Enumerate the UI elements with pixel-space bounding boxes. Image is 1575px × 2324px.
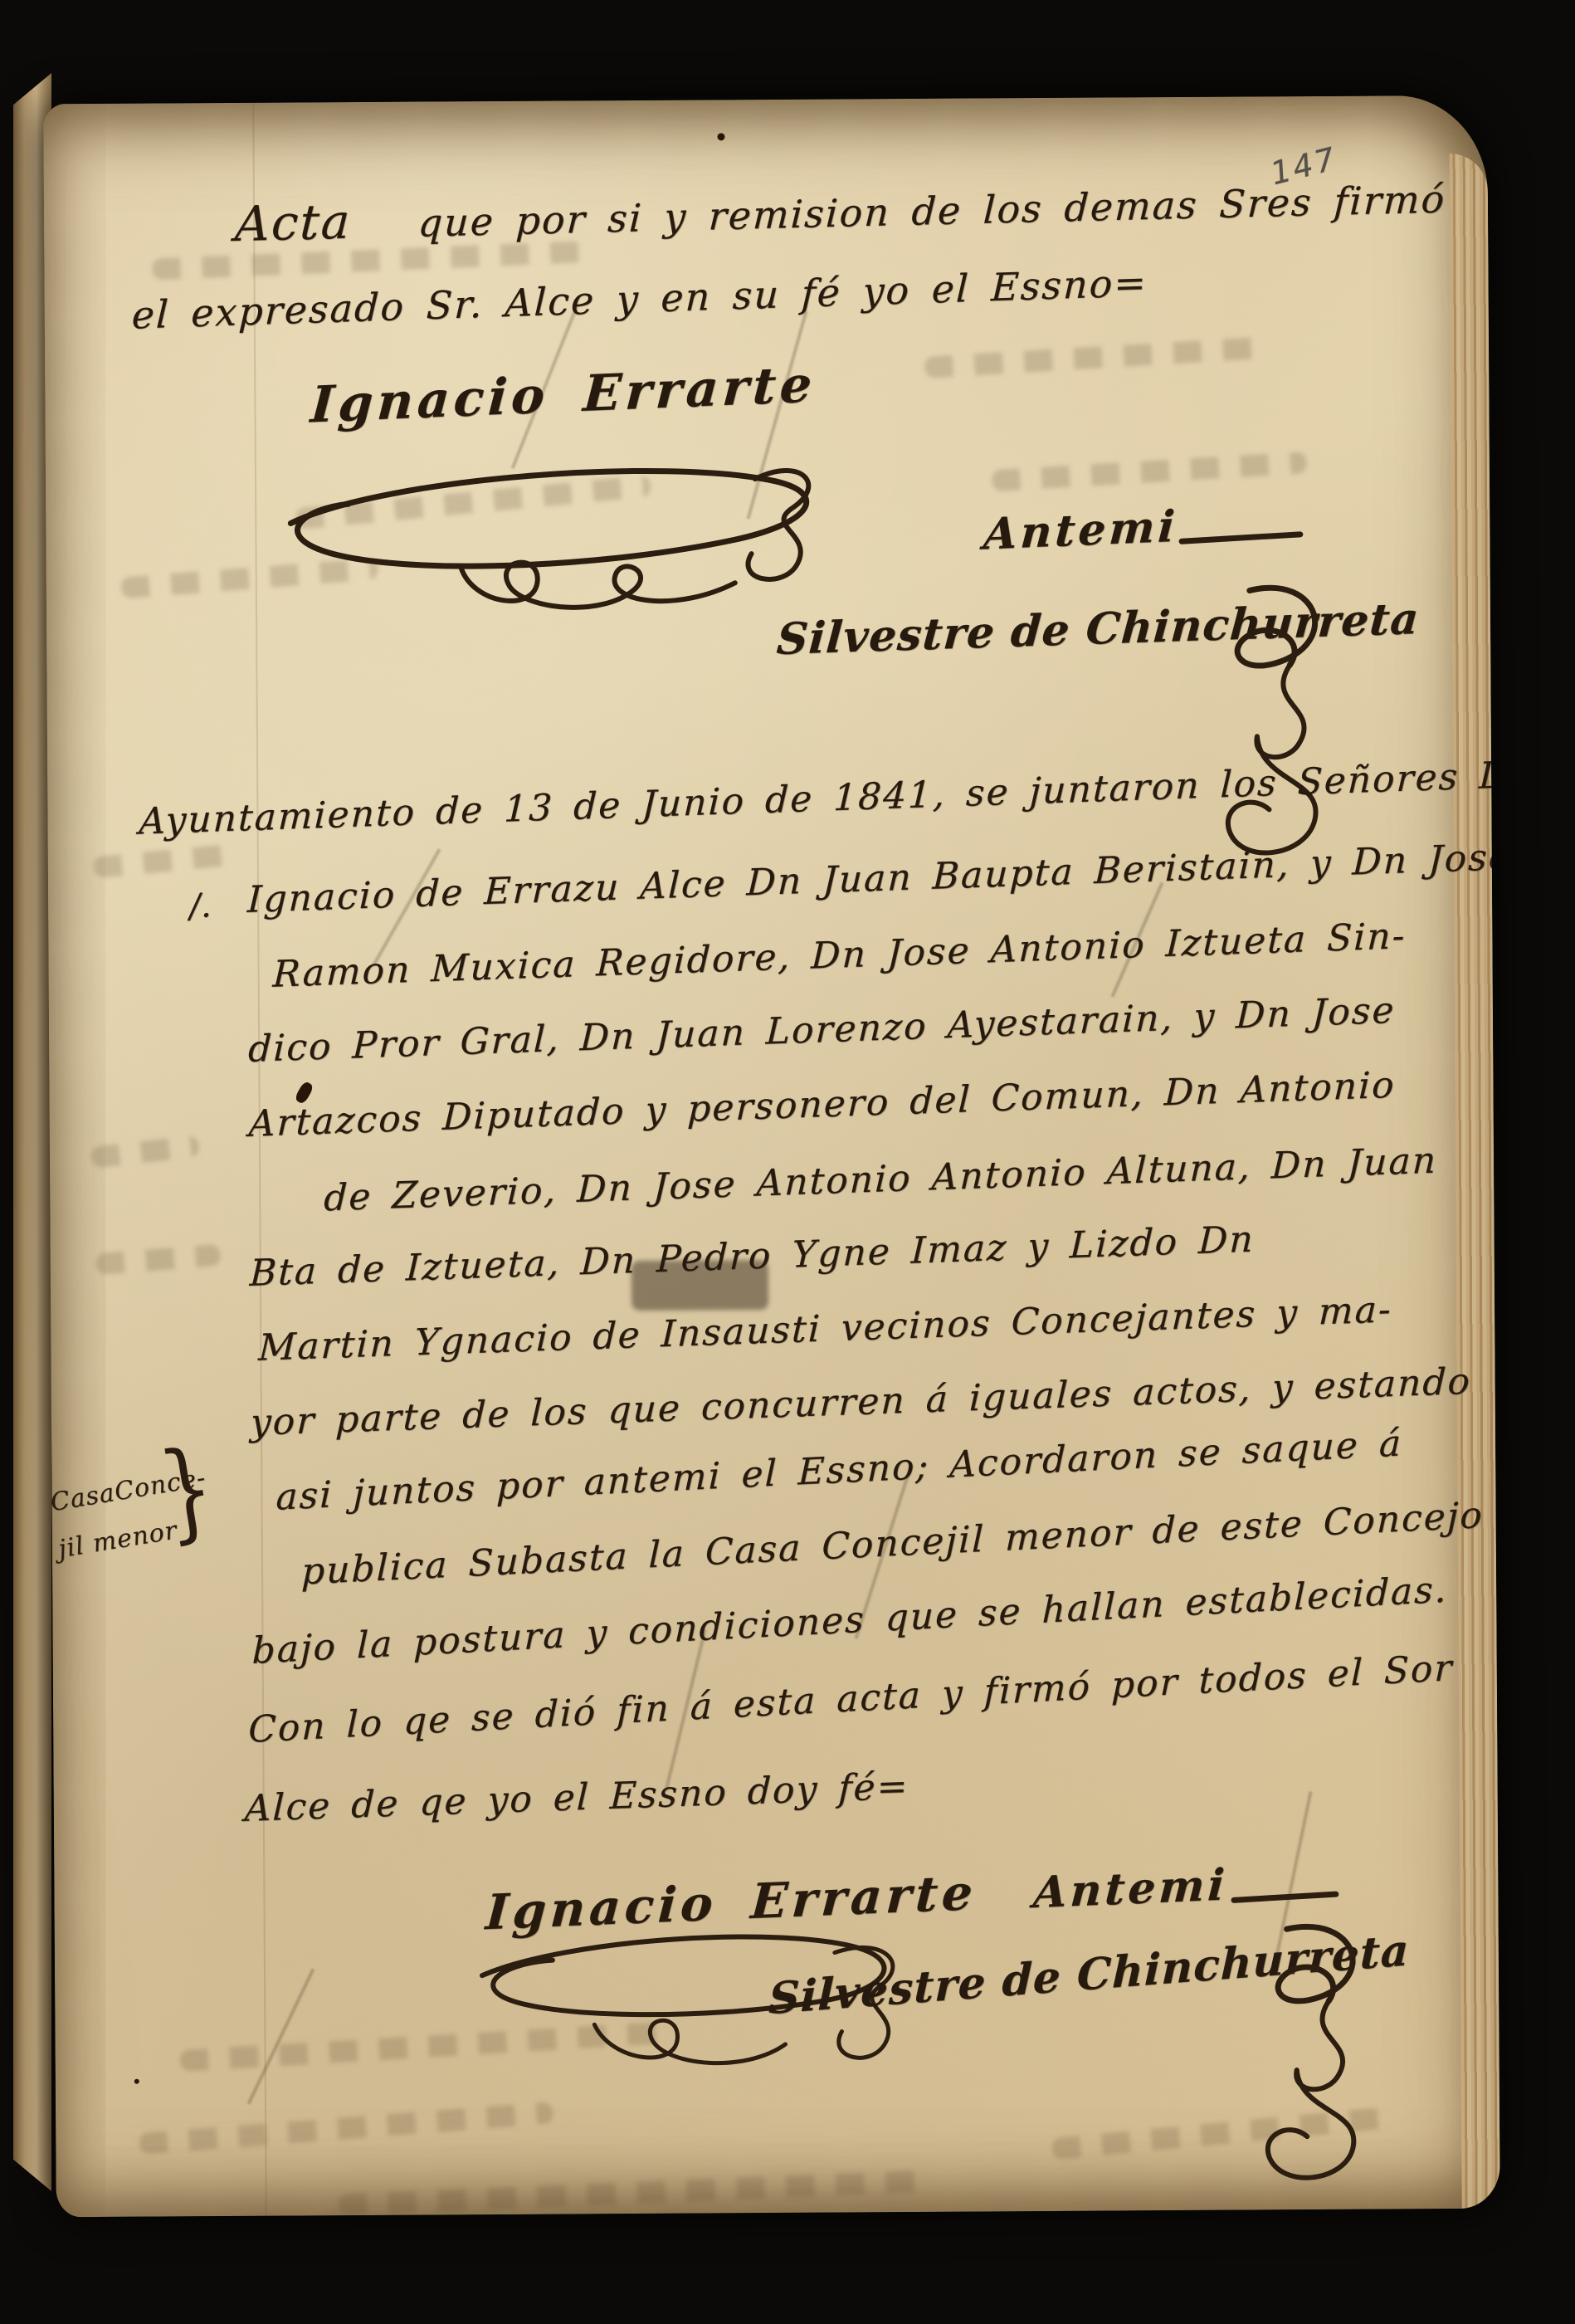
margin-note: CasaConce- jil menor } <box>47 1454 217 1573</box>
escribano-rubric-top <box>1167 574 1351 873</box>
bleed-through-smudge <box>924 336 1274 378</box>
body-line: Ramon Muxica Regidore, Dn Jose Antonio I… <box>272 915 1407 996</box>
body-line: de Zeverio, Dn Jose Antonio Antonio Altu… <box>323 1140 1438 1220</box>
body-line: Alce de qe yo el Essno doy fé= <box>244 1765 909 1830</box>
escribano-rubric-bottom <box>1208 1913 1392 2188</box>
alcalde-rubric-top <box>270 442 835 627</box>
ink-speck <box>134 2079 139 2084</box>
ante-mi-top: Antemi <box>982 501 1179 560</box>
header-line-1-text: que por si y remision de los demas Sres … <box>417 177 1447 246</box>
header-line-1: Acta que por si y remision de los demas … <box>234 167 1448 251</box>
body-line: Martin Ygnacio de Insausti vecinos Conce… <box>257 1288 1392 1369</box>
page-stack-edge <box>1450 154 1500 2209</box>
document-photo: 147 Acta que por si y remision de los de… <box>0 0 1575 2324</box>
bleed-through-smudge <box>95 1244 222 1275</box>
body-line: Ignacio de Errazu Alce Dn Juan Baupta Be… <box>246 836 1500 921</box>
bleed-through-smudge <box>90 1135 200 1169</box>
alcalde-signature-top: Ignacio Errarte <box>309 355 817 434</box>
manuscript-page: 147 Acta que por si y remision de los de… <box>43 95 1500 2218</box>
page-crease <box>252 103 267 2216</box>
bleed-through-smudge <box>93 844 236 879</box>
body-line: Artazcos Diputado y personero del Comun,… <box>248 1064 1397 1145</box>
ante-mi-flourish-dash-top <box>1178 531 1303 544</box>
bleed-through-smudge <box>338 2170 935 2216</box>
ante-mi-flourish-dash-bottom <box>1231 1891 1339 1903</box>
acta-word: Acta <box>234 193 353 252</box>
paragraph-mark: /. <box>188 886 212 925</box>
body-line: dico Pror Gral, Dn Juan Lorenzo Ayestara… <box>247 989 1396 1071</box>
bleed-through-smudge <box>992 452 1308 491</box>
ante-mi-bottom: Antemi <box>1031 1859 1229 1918</box>
ink-speck <box>717 133 724 140</box>
bleed-through-smudge <box>139 2102 554 2155</box>
ink-scratch <box>247 1969 315 2105</box>
